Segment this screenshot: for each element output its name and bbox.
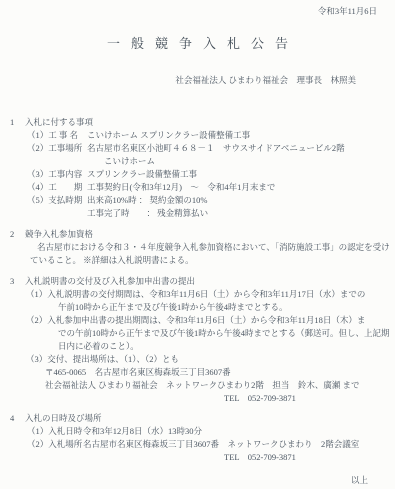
item-label: （5）支払時期: [27, 194, 87, 207]
item-construction-period: （4）工 期 工事契約日(令和3年12月) ～ 令和4年1月末まで: [10, 181, 387, 194]
section-3-heading: 3 入札説明書の交付及び入札参加申出書の提出: [10, 275, 387, 288]
item-bid-datetime: （1）入札日時 令和3年12月8日（水）13時30分: [10, 425, 387, 438]
section-bid-matters: 1 入札に付する事項 （1）工 事 名 こいけホーム スプリンクラー設備整備工事…: [10, 116, 387, 220]
section-3-heading-text: 入札説明書の交付及び入札参加申出書の提出: [25, 275, 195, 288]
submission-period-line-1: （2）入札参加申出書の提出期間は、令和3年11月6日（土）から令和3年11月18…: [10, 314, 387, 327]
section-1-number: 1: [10, 116, 25, 129]
section-4-heading: 4 入札の日時及び場所: [10, 412, 387, 425]
section-qualification: 2 競争入札参加資格 名古屋市における令和３・４年度競争入札参加資格において、「…: [10, 228, 387, 267]
section-1-heading-text: 入札に付する事項: [25, 116, 93, 129]
item-value: 出来高10%時 ： 契約金額の10%: [87, 194, 207, 207]
distribution-period-line-2: 午前10時から正午まで及び午後1時から午後4時までとする。: [10, 301, 387, 314]
item-label: （4）工 期: [27, 181, 87, 194]
closing-mark: 以上: [10, 474, 387, 487]
submission-period-line-3: 日内に必着のこと）。: [10, 340, 387, 353]
item-payment-timing-cont: 工事完了時 ： 残金精算払い: [10, 207, 387, 220]
item-construction-content: （3）工事内容 スプリンクラー設備整備工事: [10, 168, 387, 181]
item-label: （2）工事場所: [27, 142, 87, 155]
contact-phone-section-4: TEL 052-709-3871: [10, 451, 387, 464]
document-date: 令和3年11月6日: [318, 5, 377, 17]
item-label: （3）工事内容: [27, 168, 87, 181]
section-4-number: 4: [10, 412, 25, 425]
section-2-heading-text: 競争入札参加資格: [25, 228, 93, 241]
notice-document-page: 令和3年11月6日 一般競争入札公告 社会福祉法人 ひまわり福祉会 理事長 林照…: [0, 0, 395, 489]
section-2-heading: 2 競争入札参加資格: [10, 228, 387, 241]
submission-period-line-2: での午前10時から正午まで及び午後1時から午後4時までとする（郵送可。但し、上記…: [10, 327, 387, 340]
item-bid-place: （2）入札場所 名古屋市名東区梅森坂三丁目3607番 ネットワークひまわり 2階…: [10, 438, 387, 451]
item-value: 名古屋市名東区小池町４６８－１ サウスサイドアベニュービル2階: [87, 142, 345, 155]
item-value: 名古屋市名東区梅森坂三丁目3607番 ネットワークひまわり 2階会議室: [83, 438, 359, 451]
item-value: スプリンクラー設備整備工事: [87, 168, 197, 181]
item-label: （2）入札場所: [27, 438, 83, 451]
section-documents: 3 入札説明書の交付及び入札参加申出書の提出 （1）入札説明書の交付期間は、令和…: [10, 275, 387, 405]
item-value: 工事契約日(令和3年12月) ～ 令和4年1月末まで: [87, 181, 275, 194]
contact-phone-section-3: TEL 052-709-3871: [10, 392, 387, 405]
postal-address-line: 〒465-0065 名古屋市名東区梅森坂三丁目3607番: [10, 366, 387, 379]
item-construction-site-cont: こいけホーム: [10, 155, 387, 168]
item-value: 令和3年12月8日（水）13時30分: [83, 425, 202, 438]
item-construction-name: （1）工 事 名 こいけホーム スプリンクラー設備整備工事: [10, 129, 387, 142]
section-bid-datetime-place: 4 入札の日時及び場所 （1）入札日時 令和3年12月8日（水）13時30分 （…: [10, 412, 387, 464]
section-4-heading-text: 入札の日時及び場所: [25, 412, 102, 425]
item-construction-site: （2）工事場所 名古屋市名東区小池町４６８－１ サウスサイドアベニュービル2階: [10, 142, 387, 155]
place-intro-line: （3）交付、提出場所は、（1）、（2）とも: [10, 353, 387, 366]
section-1-heading: 1 入札に付する事項: [10, 116, 387, 129]
item-value: こいけホーム スプリンクラー設備整備工事: [87, 129, 250, 142]
document-body: 1 入札に付する事項 （1）工 事 名 こいけホーム スプリンクラー設備整備工事…: [10, 110, 387, 487]
section-3-number: 3: [10, 275, 25, 288]
qualification-line-1: 名古屋市における令和３・４年度競争入札参加資格において、「消防施設工事」の認定を…: [10, 241, 387, 254]
organization-address-line: 社会福祉法人 ひまわり福祉会 ネットワークひまわり2階 担当 鈴木、廣瀬 まで: [10, 379, 387, 392]
item-label: （1）入札日時: [27, 425, 83, 438]
item-label: （1）工 事 名: [27, 129, 87, 142]
issuer-line: 社会福祉法人 ひまわり福祉会 理事長 林照美: [175, 74, 356, 86]
qualification-line-2: ていること。 ※詳細は入札説明書による。: [10, 254, 387, 267]
document-title: 一般競争入札公告: [0, 33, 395, 52]
item-payment-timing: （5）支払時期 出来高10%時 ： 契約金額の10%: [10, 194, 387, 207]
section-2-number: 2: [10, 228, 25, 241]
distribution-period-line-1: （1）入札説明書の交付期間は、令和3年11月6日（土）から令和3年11月17日（…: [10, 288, 387, 301]
